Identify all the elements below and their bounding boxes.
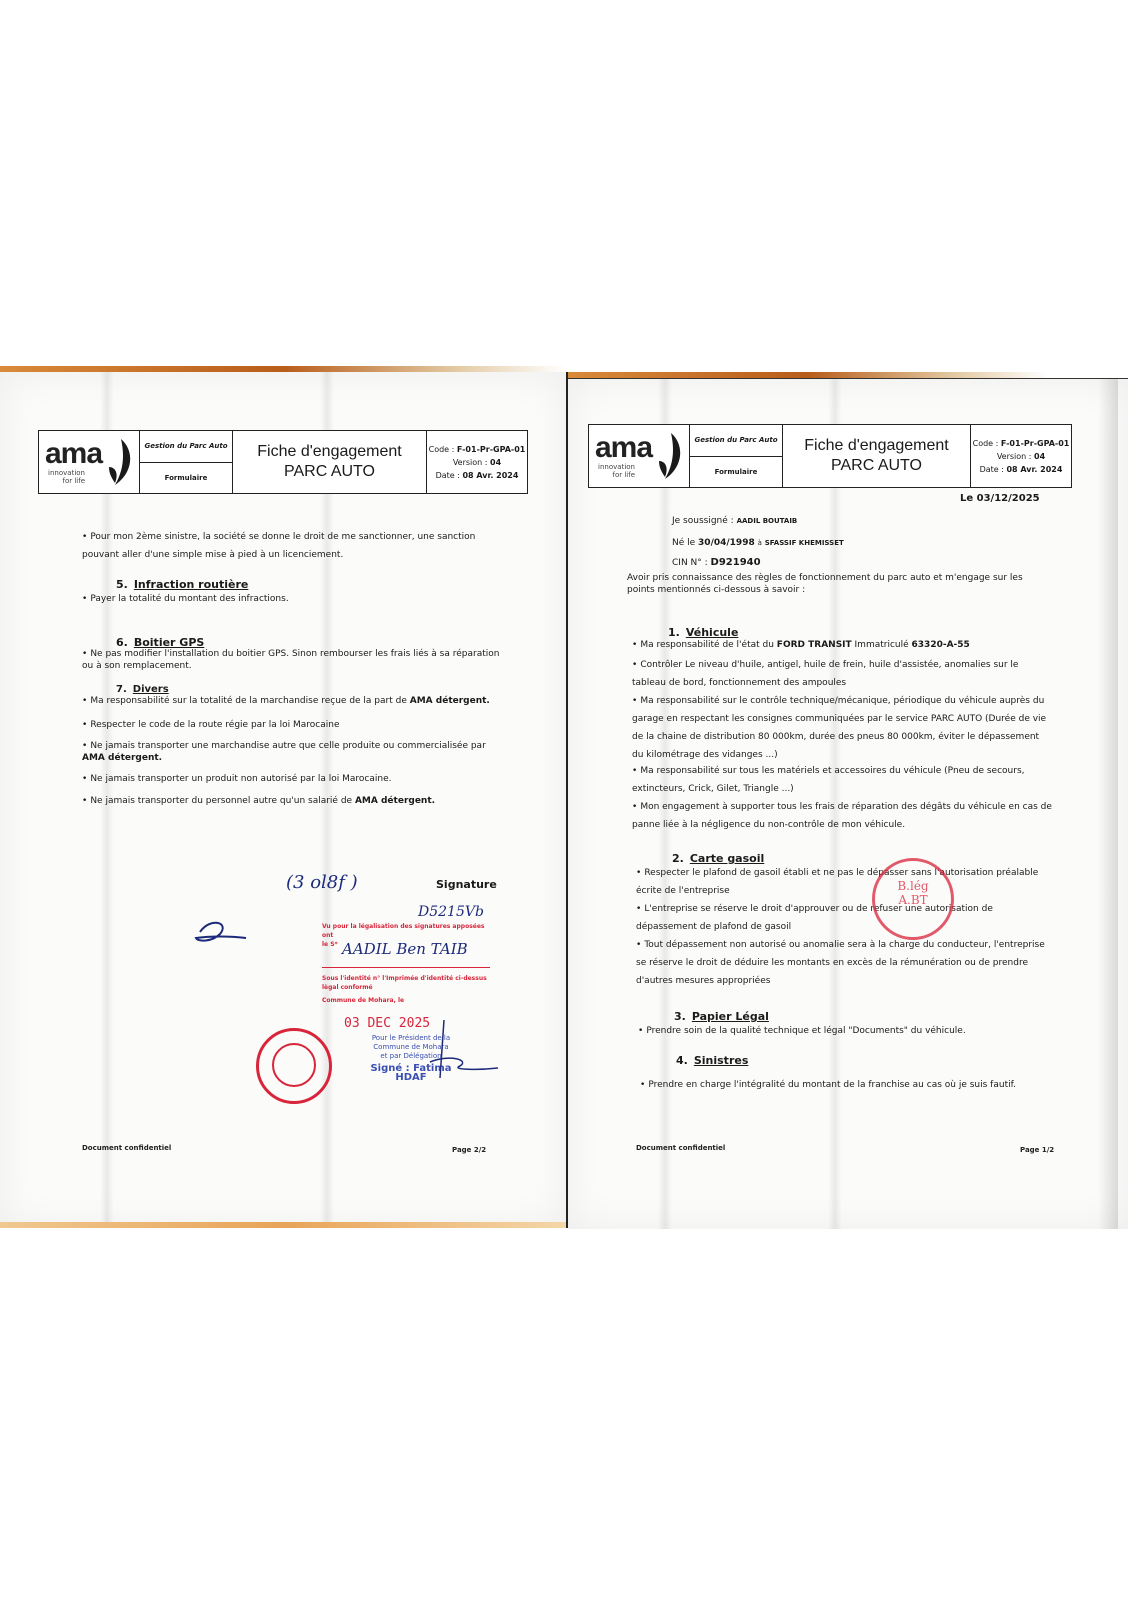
official-signature-icon	[420, 1010, 500, 1080]
handwritten-name: AADIL Ben TAIB	[342, 940, 468, 958]
intro-paragraph: Avoir pris connaissance des règles de fo…	[627, 572, 1047, 596]
footer-confidential: Document confidentiel	[636, 1144, 725, 1152]
handwritten-id-number: D5215Vb	[418, 904, 484, 920]
header-date: Date : 08 Avr. 2024	[436, 469, 519, 482]
bullet-item: Respecter le plafond de gasoil établi et…	[636, 864, 1056, 900]
document-header-left: ama innovation for life Gestion du Parc …	[38, 430, 528, 494]
header-doc-type: Formulaire	[140, 463, 232, 494]
header-code: Code : F-01-Pr-GPA-01	[973, 437, 1070, 450]
paper-edge-bottom-left	[0, 1222, 566, 1228]
bullet-item: Ma responsabilité sur tous les matériels…	[632, 762, 1052, 798]
handwritten-note: (3 ol8f )	[286, 872, 358, 893]
leaf-icon	[657, 431, 683, 481]
bullet-item: Mon engagement à supporter tous les frai…	[632, 798, 1052, 834]
header-version: Version : 04	[997, 450, 1045, 463]
bullet-item: Ne pas modifier l'installation du boitie…	[82, 648, 502, 672]
footer-confidential: Document confidentiel	[82, 1144, 171, 1152]
signature-label: Signature	[436, 876, 497, 894]
birth-line: Né le 30/04/1998 à SFASSIF KHEMISSET	[672, 534, 844, 552]
bullet-item: Ma responsabilité sur le contrôle techni…	[632, 692, 1052, 764]
header-title-line1: Fiche d'engagement	[257, 442, 401, 462]
bullet-item: Ne jamais transporter un produit non aut…	[82, 770, 502, 788]
intro-bullet: Pour mon 2ème sinistre, la société se do…	[82, 528, 502, 564]
header-version: Version : 04	[453, 456, 501, 469]
commune-round-stamp	[256, 1028, 332, 1104]
header-doc-type: Formulaire	[690, 457, 782, 488]
cin-line: CIN N° : D921940	[672, 554, 761, 572]
bullet-item: Ma responsabilité de l'état du FORD TRAN…	[632, 636, 1052, 654]
header-code: Code : F-01-Pr-GPA-01	[429, 443, 526, 456]
bullet-item: Contrôler Le niveau d'huile, antigel, hu…	[632, 656, 1052, 692]
header-category: Gestion du Parc Auto	[140, 431, 232, 463]
legalization-stamp: Vu pour la légalisation des signatures a…	[322, 922, 490, 1005]
bullet-item: Prendre en charge l'intégralité du monta…	[640, 1076, 1060, 1094]
document-header-right: ama innovation for life Gestion du Parc …	[588, 424, 1072, 488]
ama-logo: ama innovation for life	[589, 425, 690, 487]
logo-wordmark: ama	[45, 437, 102, 471]
ama-logo: ama innovation for life	[39, 431, 140, 493]
royaume-round-stamp: B.lég A.BT	[872, 858, 954, 940]
bullet-item: Prendre soin de la qualité technique et …	[638, 1022, 1058, 1040]
leaf-icon	[107, 437, 133, 487]
bullet-item: Ne jamais transporter une marchandise au…	[82, 740, 502, 764]
undersigned-line: Je soussigné : AADIL BOUTAIB	[672, 512, 797, 530]
bullet-item: Respecter le code de la route régie par …	[82, 716, 502, 734]
footer-page-number: Page 1/2	[1020, 1146, 1054, 1154]
document-date: Le 03/12/2025	[960, 490, 1040, 508]
logo-tagline: innovation for life	[45, 469, 85, 485]
logo-tagline: innovation for life	[595, 463, 635, 479]
section-heading: 4.Sinistres	[676, 1054, 748, 1067]
header-category: Gestion du Parc Auto	[690, 425, 782, 457]
bullet-item: L'entreprise se réserve le droit d'appro…	[636, 900, 1056, 936]
logo-wordmark: ama	[595, 431, 652, 465]
signature-scribble-icon	[190, 912, 250, 952]
bullet-item: Tout dépassement non autorisé ou anomali…	[636, 936, 1056, 990]
footer-page-number: Page 2/2	[452, 1146, 486, 1154]
header-date: Date : 08 Avr. 2024	[980, 463, 1063, 476]
bullet-item: Ne jamais transporter du personnel autre…	[82, 792, 502, 810]
header-title-line1: Fiche d'engagement	[804, 436, 948, 456]
stamp-date: 03 DEC 2025	[344, 1016, 430, 1031]
header-title-line2: PARC AUTO	[831, 456, 922, 476]
bullet-item: Ma responsabilité sur la totalité de la …	[82, 692, 502, 710]
bullet-item: Payer la totalité du montant des infract…	[82, 590, 502, 608]
paper-crease	[1098, 379, 1118, 1229]
header-title-line2: PARC AUTO	[284, 462, 375, 482]
